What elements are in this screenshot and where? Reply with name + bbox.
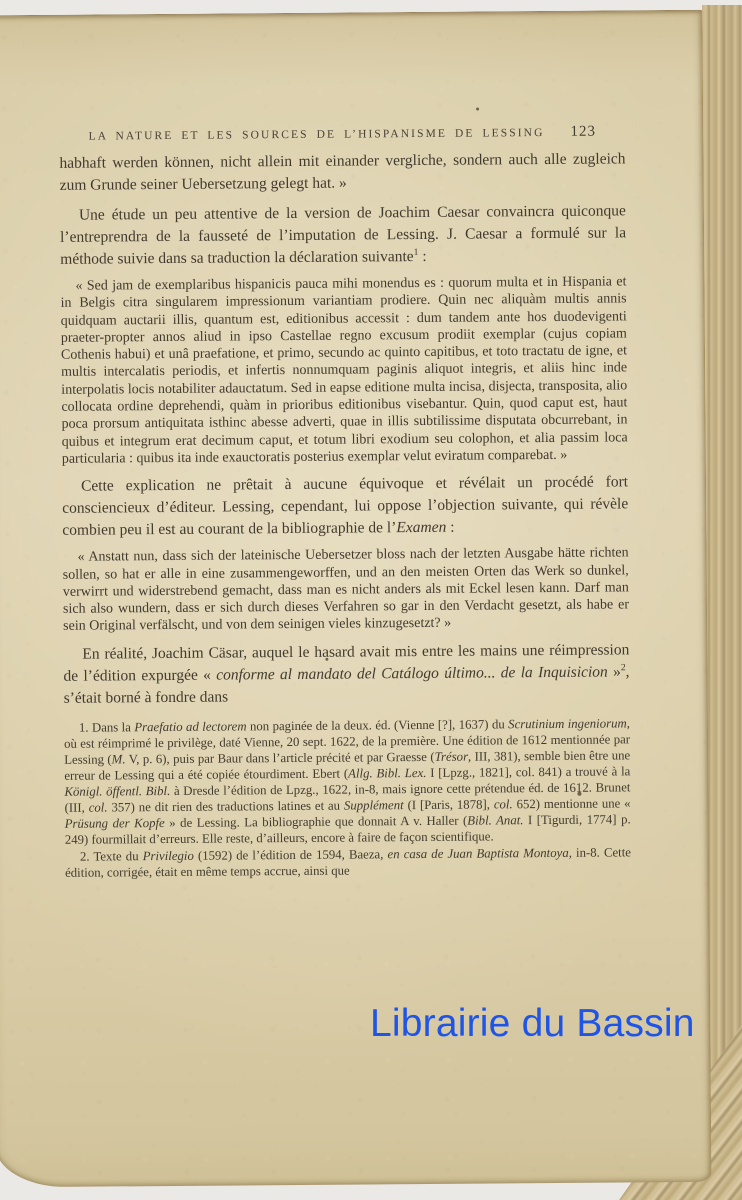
main-text: habhaft werden können, nicht allein mit … <box>59 148 629 709</box>
paragraph-cont: habhaft werden können, nicht allein mit … <box>59 148 625 196</box>
text-column: LA NATURE ET LES SOURCES DE L’HISPANISME… <box>59 123 631 880</box>
footnotes: 1. Dans la Praefatio ad lectorem non pag… <box>64 715 631 880</box>
book-photo: { "photo": { "background_color": "#ebe9e… <box>0 0 742 1200</box>
running-head-title: LA NATURE ET LES SOURCES DE L’HISPANISME… <box>89 127 545 143</box>
paper-speck <box>476 108 479 111</box>
paragraph-quote: « Sed jam de exemplaribus hispanicis pau… <box>60 273 627 468</box>
footnote-1: 1. Dans la Praefatio ad lectorem non pag… <box>64 715 631 848</box>
paragraph-body: En réalité, Joachim Cäsar, auquel le has… <box>63 639 630 709</box>
page-number: 123 <box>570 124 596 141</box>
running-head: LA NATURE ET LES SOURCES DE L’HISPANISME… <box>59 123 625 144</box>
footnote-2: 2. Texte du Privilegio (1592) de l’éditi… <box>65 844 631 881</box>
watermark-text: Librairie du Bassin <box>370 1002 695 1046</box>
paragraph-quote: « Anstatt nun, dass sich der lateinische… <box>63 545 630 636</box>
paragraph-body: Une étude un peu attentive de la version… <box>60 200 627 270</box>
paragraph-body: Cette explication ne prêtait à aucune éq… <box>62 472 629 542</box>
